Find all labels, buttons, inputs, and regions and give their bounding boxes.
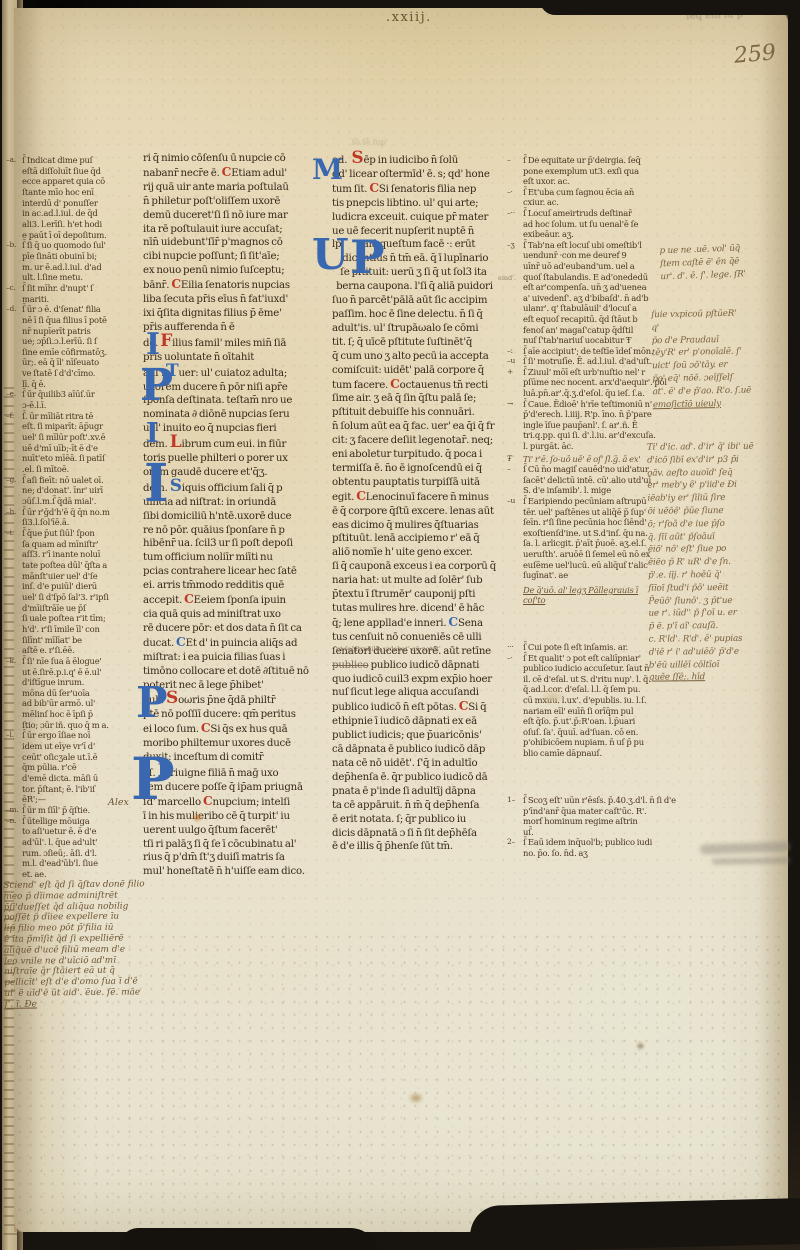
left-margin-cursive-annotation: Sciend' eſt q̄d ſi q̄ſtav donē filiomeo … (3, 879, 162, 1010)
illuminated-initial-I: I (146, 420, 159, 447)
illuminated-initial-M: M (312, 156, 343, 184)
chapter-number-heading: .xxiij. (386, 10, 432, 25)
parchment-discoloration (540, 690, 566, 704)
illuminated-initial-P: P (131, 750, 175, 808)
photo-edge-top (540, 0, 800, 15)
ink-bleed-through: ſō ſē ſup' (352, 138, 388, 147)
folio-number: 259 (733, 40, 777, 69)
right-margin-note-3: Ti' d'ic. ad'. d'ir' q̄' ibi' uēd'icō ſi… (647, 440, 797, 684)
photo-edge-bottom-right (469, 1198, 800, 1250)
illuminated-initial-I: I (144, 458, 168, 510)
parchment-stain (636, 1042, 645, 1050)
ink-stain (192, 813, 203, 822)
manuscript-photograph: .xxiij. ſeq̄ em̄ iū p̄' 259 –a.ſ̄ Indica… (0, 0, 800, 1250)
illuminated-initial-I: I (146, 330, 160, 360)
parchment-stain (408, 1092, 424, 1104)
photo-edge-bottom-left (120, 1228, 380, 1250)
illuminated-initial-P: P (350, 234, 385, 280)
right-margin-note-1: p ue ne .uē. vol' ūq̄ſtem caſtē ē' ēn q̄… (659, 241, 792, 284)
alexander-attribution-note: Alex (108, 797, 129, 808)
illuminated-initial-P: P (136, 682, 168, 724)
illuminated-initial-U: U (312, 234, 349, 276)
left-gloss-column: –a.ſ̄ Indicat dime puſeſtā diſſoluīt ſiu… (22, 155, 144, 880)
right-margin-note-2: ſuie vxpicoū pſtūeR'q'p̄o d'e Praudauītē… (651, 307, 793, 412)
interlinear-correction: ut ſeq̄ſtrabilis uidebat' cū notat' (336, 645, 441, 653)
illuminated-initial-P: P (140, 364, 173, 408)
marginal-correction: emd'. (498, 274, 516, 282)
